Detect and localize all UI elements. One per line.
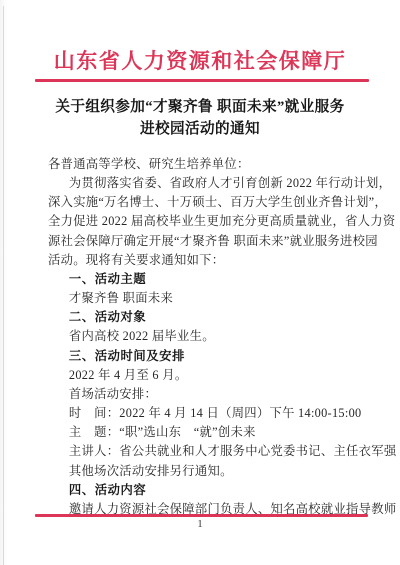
page-number: 1 — [0, 518, 400, 530]
notice-title: 关于组织参加“才聚齐鲁 职面未来”就业服务 进校园活动的通知 — [20, 96, 380, 140]
body-line: 首场活动安排： — [48, 385, 356, 404]
body-line: 2022 年 4 月至 6 月。 — [48, 366, 356, 385]
agency-header: 山东省人力资源和社会保障厅 — [0, 45, 400, 75]
section-heading: 二、活动对象 — [48, 308, 356, 327]
body-line: 源社会保障厅确定开展“才聚齐鲁 职面未来”就业服务进校园 — [48, 232, 356, 251]
scan-edge-shadow — [3, 6, 4, 565]
header-rule — [35, 79, 369, 82]
body-line: 各普通高等学校、研究生培养单位： — [48, 155, 356, 174]
body-line: 全力促进 2022 届高校毕业生更加充分更高质量就业，省人力资 — [48, 212, 356, 231]
section-heading: 四、活动内容 — [48, 481, 356, 500]
body-line: 省内高校 2022 届毕业生。 — [48, 327, 356, 346]
body-line: 主讲人：省公共就业和人才服务中心党委书记、主任衣军强 — [48, 442, 356, 461]
document-page: 山东省人力资源和社会保障厅 关于组织参加“才聚齐鲁 职面未来”就业服务 进校园活… — [0, 0, 400, 565]
section-heading: 一、活动主题 — [48, 270, 356, 289]
notice-title-line1: 关于组织参加“才聚齐鲁 职面未来”就业服务 — [20, 96, 380, 118]
document-body: 各普通高等学校、研究生培养单位：为贯彻落实省委、省政府人才引育创新 2022 年… — [48, 155, 356, 519]
footer-rule — [35, 514, 368, 517]
body-line: 才聚齐鲁 职面未来 — [48, 289, 356, 308]
section-heading: 三、活动时间及安排 — [48, 347, 356, 366]
body-line: 主 题：“职”选山东 “就”创未来 — [48, 423, 356, 442]
body-line: 深入实施“万名博士、十万硕士、百万大学生创业齐鲁计划”， — [48, 193, 356, 212]
body-line: 时 间：2022 年 4 月 14 日（周四）下午 14:00-15:00 — [48, 404, 356, 423]
body-line: 其他场次活动安排另行通知。 — [48, 462, 356, 481]
body-line: 活动。现将有关要求通知如下： — [48, 251, 356, 270]
notice-title-line2: 进校园活动的通知 — [20, 118, 380, 140]
body-line: 为贯彻落实省委、省政府人才引育创新 2022 年行动计划， — [48, 174, 356, 193]
